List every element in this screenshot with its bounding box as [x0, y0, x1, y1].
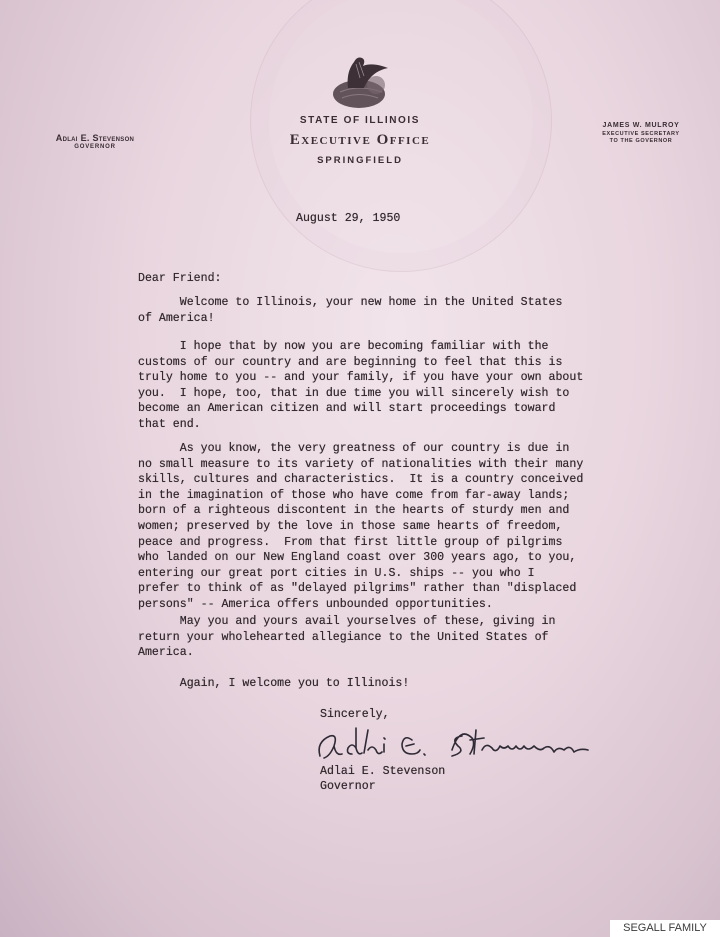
secretary-role-line1: EXECUTIVE SECRETARY — [588, 131, 694, 138]
secretary-role-line2: TO THE GOVERNOR — [588, 138, 694, 145]
paragraph-citizenship: I hope that by now you are becoming fami… — [138, 339, 583, 433]
letterhead-governor-block: Adlai E. Stevenson GOVERNOR — [30, 133, 160, 150]
paragraph-greatness: As you know, the very greatness of our c… — [138, 441, 583, 613]
paragraph-again-welcome: Again, I welcome you to Illinois! — [138, 676, 409, 692]
letter-date: August 29, 1950 — [296, 212, 400, 225]
letter-page: STATE OF ILLINOIS Executive Office SPRIN… — [0, 0, 720, 937]
governor-role: GOVERNOR — [30, 144, 160, 150]
signer-name: Adlai E. Stevenson — [320, 765, 445, 778]
letterhead-secretary-block: JAMES W. MULROY EXECUTIVE SECRETARY TO T… — [588, 122, 694, 145]
letterhead-state: STATE OF ILLINOIS — [230, 115, 490, 126]
photo-credit: SEGALL FAMILY — [610, 920, 720, 937]
paragraph-allegiance: May you and yours avail yourselves of th… — [138, 614, 555, 661]
paragraph-welcome: Welcome to Illinois, your new home in th… — [138, 295, 562, 326]
handwritten-signature — [312, 720, 632, 770]
signer-title: Governor — [320, 780, 376, 793]
salutation: Dear Friend: — [138, 272, 222, 285]
letterhead-office: Executive Office — [230, 132, 490, 149]
secretary-name: JAMES W. MULROY — [588, 122, 694, 129]
governor-name: Adlai E. Stevenson — [30, 133, 160, 143]
eagle-seal-icon — [326, 48, 396, 110]
letterhead-city: SPRINGFIELD — [230, 155, 490, 166]
